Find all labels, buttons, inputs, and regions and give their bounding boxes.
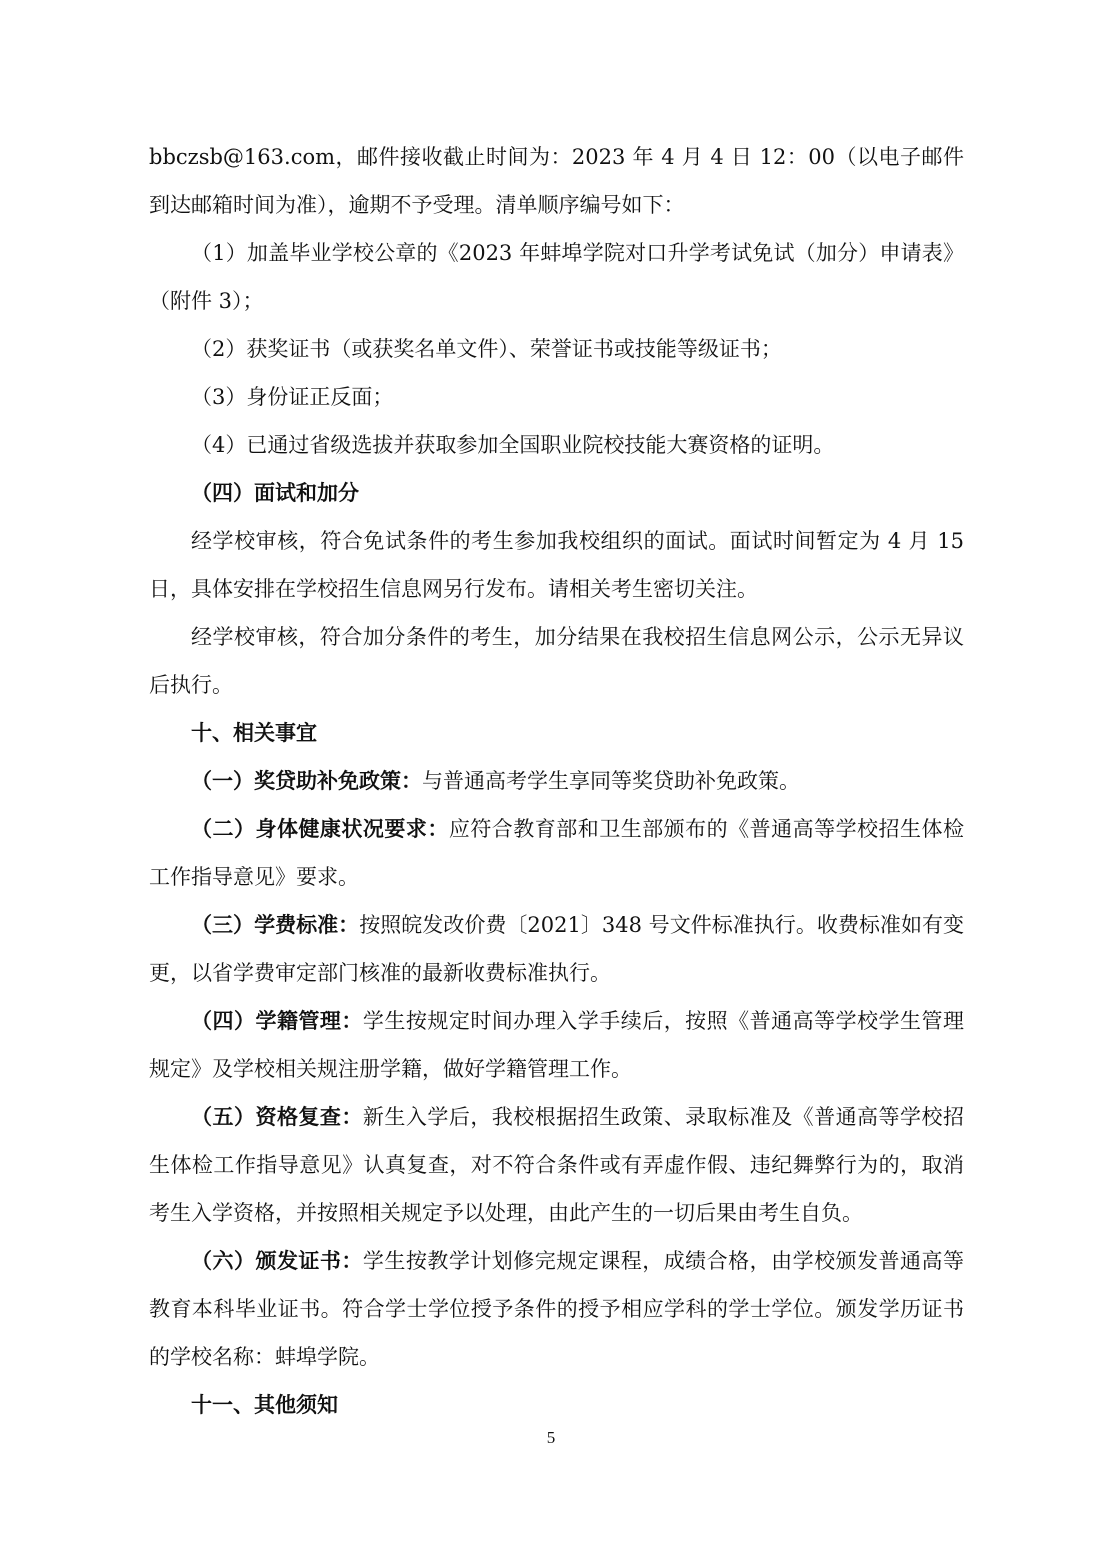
paragraph-health-requirements: （二）身体健康状况要求：应符合教育部和卫生部颁布的《普通高等学校招生体检工作指导… [149, 805, 964, 901]
list-item-certificates: （2）获奖证书（或获奖名单文件）、荣誉证书或技能等级证书； [149, 325, 964, 373]
lead-health-requirements: （二）身体健康状况要求： [191, 817, 449, 841]
lead-student-status: （四）学籍管理： [191, 1009, 363, 1033]
section-heading-interview: （四）面试和加分 [149, 469, 964, 517]
paragraph-tuition: （三）学费标准：按照皖发改价费〔2021〕348 号文件标准执行。收费标准如有变… [149, 901, 964, 997]
lead-tuition: （三）学费标准： [191, 913, 359, 937]
section-heading-related-matters: 十、相关事宜 [149, 709, 964, 757]
paragraph-certificate-issuance: （六）颁发证书：学生按教学计划修完规定课程，成绩合格，由学校颁发普通高等教育本科… [149, 1237, 964, 1381]
body-financial-aid: 与普通高考学生享同等奖贷助补免政策。 [422, 769, 800, 793]
page-number: 5 [0, 1428, 1102, 1448]
list-item-competition-proof: （4）已通过省级选拔并获取参加全国职业院校技能大赛资格的证明。 [149, 421, 964, 469]
list-item-application-form: （1）加盖毕业学校公章的《2023 年蚌埠学院对口升学考试免试（加分）申请表》（… [149, 229, 964, 325]
paragraph-email-deadline: bbczsb@163.com，邮件接收截止时间为：2023 年 4 月 4 日 … [149, 133, 964, 229]
list-item-id-card: （3）身份证正反面； [149, 373, 964, 421]
paragraph-financial-aid: （一）奖贷助补免政策：与普通高考学生享同等奖贷助补免政策。 [149, 757, 964, 805]
paragraph-bonus-points: 经学校审核，符合加分条件的考生，加分结果在我校招生信息网公示，公示无异议后执行。 [149, 613, 964, 709]
paragraph-student-status: （四）学籍管理：学生按规定时间办理入学手续后，按照《普通高等学校学生管理规定》及… [149, 997, 964, 1093]
lead-qualification-review: （五）资格复查： [191, 1105, 363, 1129]
paragraph-interview: 经学校审核，符合免试条件的考生参加我校组织的面试。面试时间暂定为 4 月 15 … [149, 517, 964, 613]
document-page: bbczsb@163.com，邮件接收截止时间为：2023 年 4 月 4 日 … [149, 133, 964, 1429]
lead-certificate-issuance: （六）颁发证书： [191, 1249, 363, 1273]
paragraph-qualification-review: （五）资格复查：新生入学后，我校根据招生政策、录取标准及《普通高等学校招生体检工… [149, 1093, 964, 1237]
lead-financial-aid: （一）奖贷助补免政策： [191, 769, 422, 793]
section-heading-other-notes: 十一、其他须知 [149, 1381, 964, 1429]
